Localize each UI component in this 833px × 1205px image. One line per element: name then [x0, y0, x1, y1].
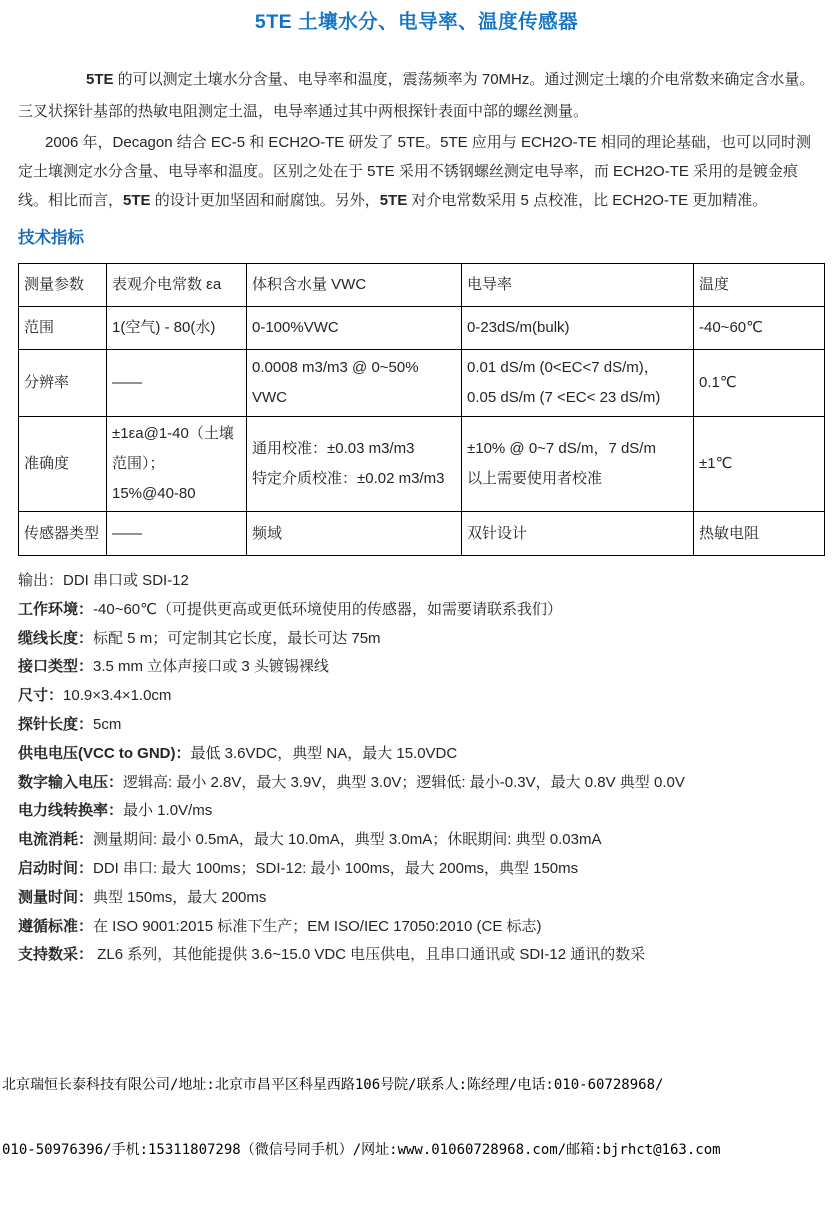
- table-header-cell: 电导率: [462, 264, 694, 307]
- spec-line-measurement-time: 测量时间：典型 150ms，最大 200ms: [18, 884, 815, 913]
- spec-value: 测量期间: 最小 0.5mA，最大 10.0mA，典型 3.0mA；休眠期间: …: [93, 831, 601, 848]
- table-row-range: 范围 1(空气) - 80(水) 0-100%VWC 0-23dS/m(bulk…: [19, 307, 825, 350]
- spec-value: 3.5 mm 立体声接口或 3 头镀锡裸线: [93, 658, 329, 675]
- footer-line-1: 北京瑞恒长泰科技有限公司/地址:北京市昌平区科星西路106号院/联系人:陈经理/…: [2, 1075, 833, 1097]
- table-row-label: 传感器类型: [19, 512, 107, 556]
- table-cell: ±1℃: [694, 417, 825, 512]
- table-header-cell: 表观介电常数 εa: [107, 264, 247, 307]
- table-cell: ——: [107, 512, 247, 556]
- table-header-row: 测量参数 表观介电常数 εa 体积含水量 VWC 电导率 温度: [19, 264, 825, 307]
- spec-value: 逻辑高: 最小 2.8V，最大 3.9V，典型 3.0V；逻辑低: 最小-0.3…: [123, 774, 685, 791]
- spec-value: 最小 1.0V/ms: [123, 802, 212, 819]
- table-row-accuracy: 准确度 ±1εa@1-40（土壤 范围）； 15%@40-80 通用校准：±0.…: [19, 417, 825, 512]
- spec-label: 启动时间：: [18, 860, 93, 877]
- table-cell: 0-100%VWC: [247, 307, 462, 350]
- product-name-bold: 5TE: [86, 71, 114, 88]
- table-cell: 1(空气) - 80(水): [107, 307, 247, 350]
- specs-table: 测量参数 表观介电常数 εa 体积含水量 VWC 电导率 温度 范围 1(空气)…: [18, 263, 825, 556]
- intro-paragraph-1-text: 的可以测定土壤水分含量、电导率和温度，震荡频率为 70MHz。通过测定土壤的介电…: [18, 71, 814, 120]
- table-cell: 0.0008 m3/m3 @ 0~50% VWC: [247, 350, 462, 417]
- spec-line-operating-environment: 工作环境：-40~60℃（可提供更高或更低环境使用的传感器，如需要请联系我们）: [18, 596, 815, 625]
- spec-line-supply-voltage: 供电电压(VCC to GND)：最低 3.6VDC，典型 NA，最大 15.0…: [18, 740, 815, 769]
- spec-line-output: 输出：DDI 串口或 SDI-12: [18, 567, 815, 596]
- table-cell: 频域: [247, 512, 462, 556]
- table-cell: ——: [107, 350, 247, 417]
- spec-label: 电力线转换率：: [18, 802, 123, 819]
- spec-line-connector-type: 接口类型：3.5 mm 立体声接口或 3 头镀锡裸线: [18, 653, 815, 682]
- document-page: 5TE 土壤水分、电导率、温度传感器 5TE 的可以测定土壤水分含量、电导率和温…: [0, 0, 833, 1205]
- table-row-sensor-type: 传感器类型 —— 频域 双针设计 热敏电阻: [19, 512, 825, 556]
- spec-value: -40~60℃（可提供更高或更低环境使用的传感器，如需要请联系我们）: [93, 601, 562, 618]
- table-cell: 热敏电阻: [694, 512, 825, 556]
- intro-paragraph-2: 2006 年，Decagon 结合 EC-5 和 ECH2O-TE 研发了 5T…: [18, 128, 815, 215]
- table-header-cell: 体积含水量 VWC: [247, 264, 462, 307]
- table-cell: -40~60℃: [694, 307, 825, 350]
- spec-line-dimensions: 尺寸：10.9×3.4×1.0cm: [18, 682, 815, 711]
- spec-label: 支持数采：: [18, 946, 93, 963]
- spec-label: 接口类型：: [18, 658, 93, 675]
- spec-line-data-logger-support: 支持数采： ZL6 系列，其他能提供 3.6~15.0 VDC 电压供电，且串口…: [18, 941, 815, 970]
- table-row-label: 范围: [19, 307, 107, 350]
- intro-paragraph-2-text-3: 对介电常数采用 5 点校准，比 ECH2O-TE 更加精准。: [407, 192, 767, 209]
- product-name-bold: 5TE: [123, 192, 151, 209]
- spec-value: ZL6 系列，其他能提供 3.6~15.0 VDC 电压供电，且串口通讯或 SD…: [93, 946, 645, 963]
- table-row-label: 分辨率: [19, 350, 107, 417]
- product-name-bold: 5TE: [380, 192, 408, 209]
- intro-paragraph-2-text-2: 的设计更加坚固和耐腐蚀。另外，: [151, 192, 380, 209]
- table-cell: ±10% @ 0~7 dS/m，7 dS/m 以上需要使用者校准: [462, 417, 694, 512]
- table-header-cell: 测量参数: [19, 264, 107, 307]
- table-cell: 通用校准：±0.03 m3/m3 特定介质校准：±0.02 m3/m3: [247, 417, 462, 512]
- spec-value: 5cm: [93, 716, 121, 733]
- table-cell: ±1εa@1-40（土壤 范围）； 15%@40-80: [107, 417, 247, 512]
- spec-line-compliance: 遵循标准：在 ISO 9001:2015 标准下生产；EM ISO/IEC 17…: [18, 913, 815, 942]
- spec-value: 10.9×3.4×1.0cm: [63, 687, 171, 704]
- spec-label: 尺寸：: [18, 687, 63, 704]
- table-cell: 双针设计: [462, 512, 694, 556]
- document-content: 5TE 土壤水分、电导率、温度传感器 5TE 的可以测定土壤水分含量、电导率和温…: [0, 6, 833, 970]
- table-row-label: 准确度: [19, 417, 107, 512]
- spec-line-digital-input-voltage: 数字输入电压：逻辑高: 最小 2.8V，最大 3.9V，典型 3.0V；逻辑低:…: [18, 769, 815, 798]
- spec-value: DDI 串口: 最大 100ms；SDI-12: 最小 100ms，最大 200…: [93, 860, 578, 877]
- table-cell: 0.1℃: [694, 350, 825, 417]
- footer-line-2: 010-50976396/手机:15311807298（微信号同手机）/网址:w…: [2, 1140, 833, 1162]
- page-title: 5TE 土壤水分、电导率、温度传感器: [18, 6, 815, 34]
- spec-label: 遵循标准：: [18, 918, 93, 935]
- table-row-resolution: 分辨率 —— 0.0008 m3/m3 @ 0~50% VWC 0.01 dS/…: [19, 350, 825, 417]
- spec-value: 标配 5 m；可定制其它长度，最长可达 75m: [93, 630, 381, 647]
- spec-line-probe-length: 探针长度：5cm: [18, 711, 815, 740]
- spec-value: 在 ISO 9001:2015 标准下生产；EM ISO/IEC 17050:2…: [93, 918, 542, 935]
- intro-paragraph-1: 5TE 的可以测定土壤水分含量、电导率和温度，震荡频率为 70MHz。通过测定土…: [18, 64, 815, 128]
- spec-label: 探针长度：: [18, 716, 93, 733]
- spec-label: 输出：: [18, 572, 63, 589]
- spec-label: 测量时间：: [18, 889, 93, 906]
- table-cell: 0-23dS/m(bulk): [462, 307, 694, 350]
- section-heading-tech-specs: 技术指标: [18, 224, 815, 248]
- spec-label: 工作环境：: [18, 601, 93, 618]
- spec-value: 最低 3.6VDC，典型 NA，最大 15.0VDC: [191, 745, 458, 762]
- spec-value: DDI 串口或 SDI-12: [63, 572, 189, 589]
- spec-label: 缆线长度：: [18, 630, 93, 647]
- table-header-cell: 温度: [694, 264, 825, 307]
- footer-contact: 北京瑞恒长泰科技有限公司/地址:北京市昌平区科星西路106号院/联系人:陈经理/…: [2, 1032, 833, 1204]
- spec-list: 输出：DDI 串口或 SDI-12 工作环境：-40~60℃（可提供更高或更低环…: [18, 567, 815, 970]
- spec-line-current-drain: 电流消耗：测量期间: 最小 0.5mA，最大 10.0mA，典型 3.0mA；休…: [18, 826, 815, 855]
- spec-line-cable-length: 缆线长度：标配 5 m；可定制其它长度，最长可达 75m: [18, 625, 815, 654]
- spec-line-power-slew-rate: 电力线转换率：最小 1.0V/ms: [18, 797, 815, 826]
- spec-label: 电流消耗：: [18, 831, 93, 848]
- table-cell: 0.01 dS/m (0<EC<7 dS/m)， 0.05 dS/m (7 <E…: [462, 350, 694, 417]
- spec-label: 供电电压(VCC to GND)：: [18, 745, 191, 762]
- spec-value: 典型 150ms，最大 200ms: [93, 889, 266, 906]
- spec-label: 数字输入电压：: [18, 774, 123, 791]
- spec-line-startup-time: 启动时间：DDI 串口: 最大 100ms；SDI-12: 最小 100ms，最…: [18, 855, 815, 884]
